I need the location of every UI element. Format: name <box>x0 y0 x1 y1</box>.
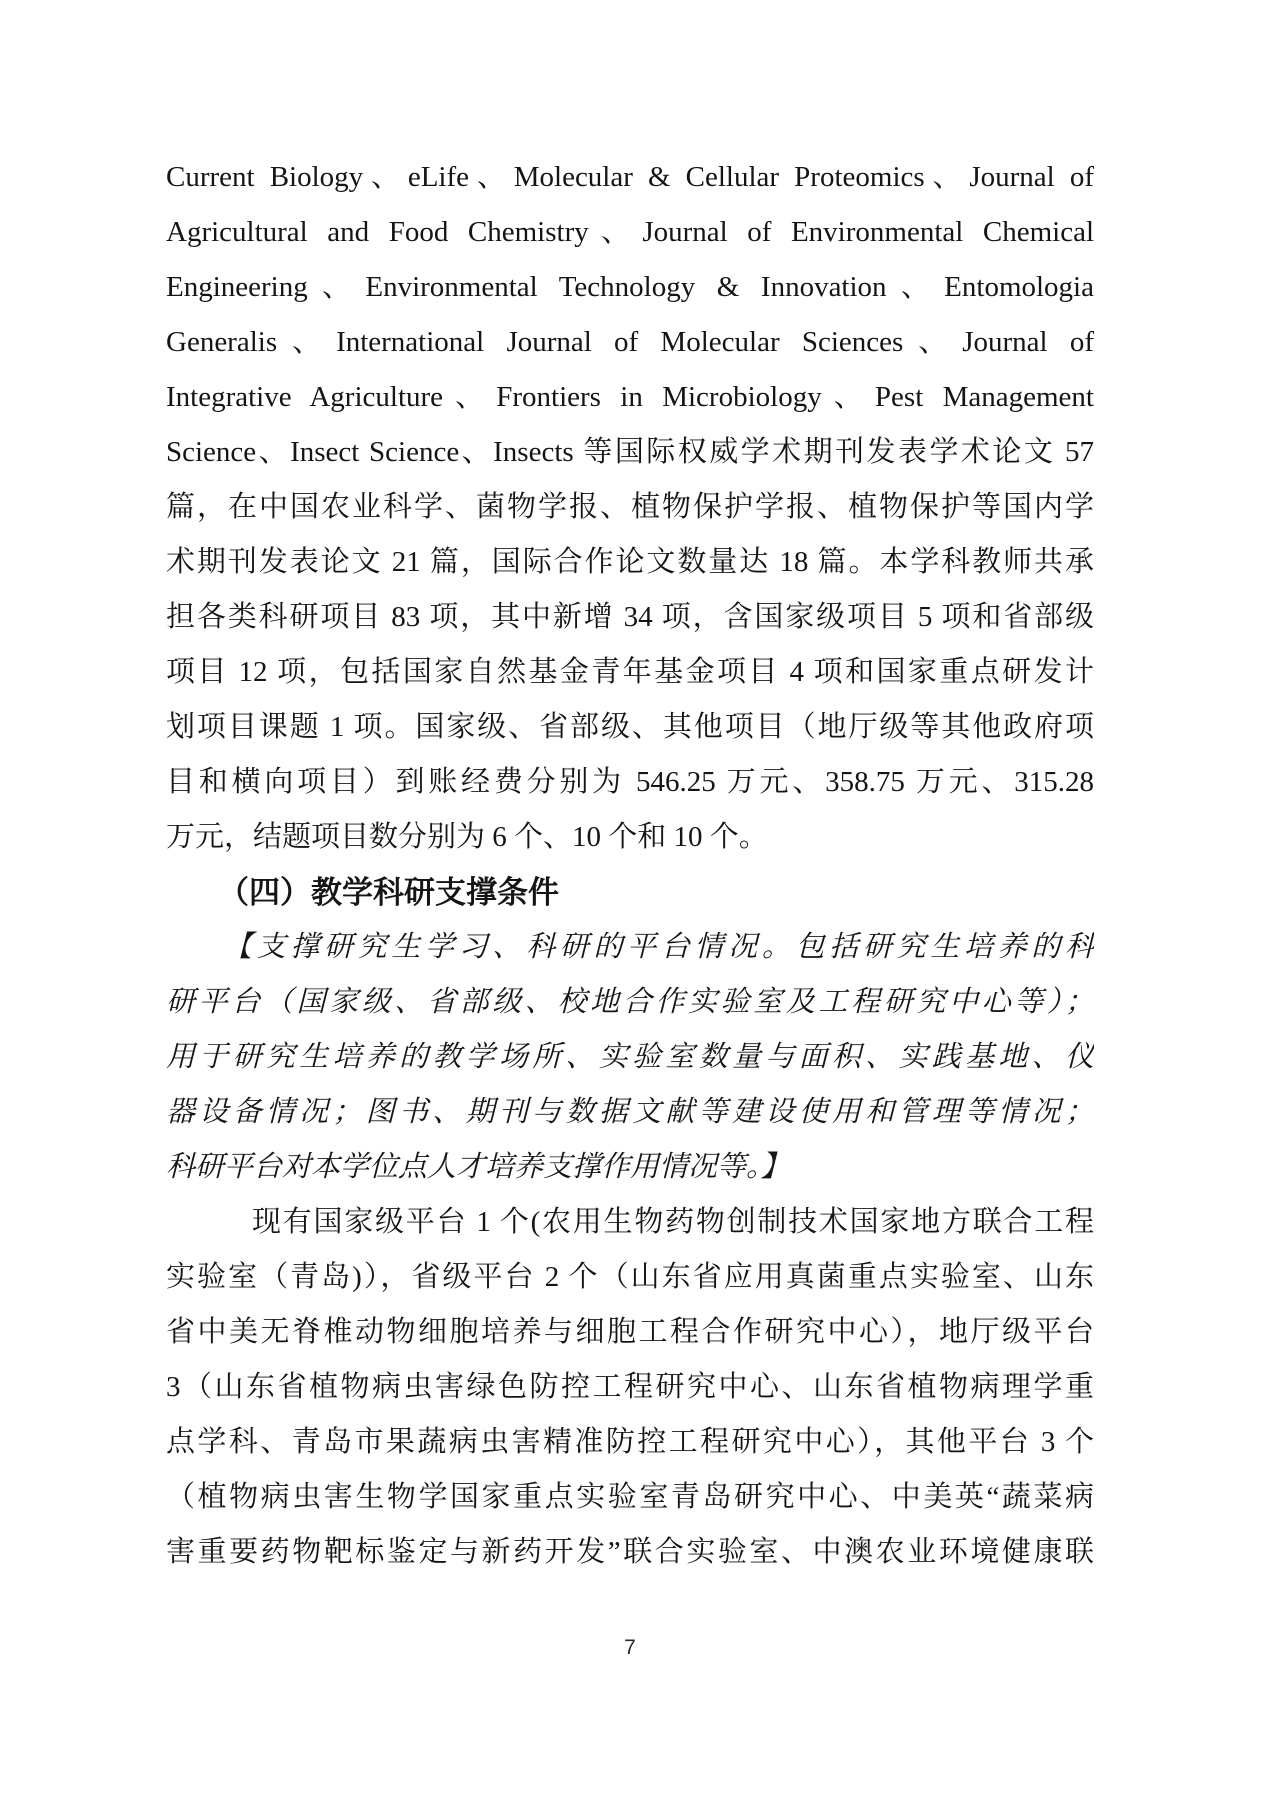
guidance-line: 用于研究生培养的教学场所、实验室数量与面积、实践基地、仪 <box>166 1030 1094 1085</box>
text-line: Engineering、Environmental Technology & I… <box>166 260 1094 315</box>
text-line: 省中美无脊椎动物细胞培养与细胞工程合作研究中心），地厅级平台 <box>166 1305 1094 1360</box>
text-block: Current Biology、eLife、Molecular & Cellul… <box>166 150 1094 1580</box>
guidance-line: 科研平台对本学位点人才培养支撑作用情况等。】 <box>166 1140 1094 1195</box>
section-heading: （四）教学科研支撑条件 <box>166 865 1094 920</box>
text-line: Science、Insect Science、Insects 等国际权威学术期刊… <box>166 425 1094 480</box>
text-line: Current Biology、eLife、Molecular & Cellul… <box>166 150 1094 205</box>
text-line: 万元，结题项目数分别为 6 个、10 个和 10 个。 <box>166 810 1094 865</box>
text-line: 实验室（青岛)），省级平台 2 个（山东省应用真菌重点实验室、山东 <box>166 1250 1094 1305</box>
text-line: 3（山东省植物病虫害绿色防控工程研究中心、山东省植物病理学重 <box>166 1360 1094 1415</box>
text-line: 项目 12 项，包括国家自然基金青年基金项目 4 项和国家重点研发计 <box>166 645 1094 700</box>
guidance-line: 器设备情况；图书、期刊与数据文献等建设使用和管理等情况； <box>166 1085 1094 1140</box>
text-line: 目和横向项目）到账经费分别为 546.25 万元、358.75 万元、315.2… <box>166 755 1094 810</box>
text-line: 篇，在中国农业科学、菌物学报、植物保护学报、植物保护等国内学 <box>166 480 1094 535</box>
page-number: 7 <box>166 1636 1094 1660</box>
text-line: 担各类科研项目 83 项，其中新增 34 项，含国家级项目 5 项和省部级 <box>166 590 1094 645</box>
text-line: 划项目课题 1 项。国家级、省部级、其他项目（地厅级等其他政府项 <box>166 700 1094 755</box>
text-line: （植物病虫害生物学国家重点实验室青岛研究中心、中美英“蔬菜病 <box>166 1470 1094 1525</box>
text-line: Integrative Agriculture、Frontiers in Mic… <box>166 370 1094 425</box>
text-line: 点学科、青岛市果蔬病虫害精准防控工程研究中心），其他平台 3 个 <box>166 1415 1094 1470</box>
guidance-line: 研平台（国家级、省部级、校地合作实验室及工程研究中心等）； <box>166 975 1094 1030</box>
text-line: 害重要药物靶标鉴定与新药开发”联合实验室、中澳农业环境健康联 <box>166 1525 1094 1580</box>
document-page: Current Biology、eLife、Molecular & Cellul… <box>0 0 1280 1811</box>
guidance-line: 【支撑研究生学习、科研的平台情况。包括研究生培养的科 <box>166 920 1094 975</box>
text-line: 术期刊发表论文 21 篇，国际合作论文数量达 18 篇。本学科教师共承 <box>166 535 1094 590</box>
text-line: Generalis、International Journal of Molec… <box>166 315 1094 370</box>
text-line: Agricultural and Food Chemistry、Journal … <box>166 205 1094 260</box>
text-line: 现有国家级平台 1 个(农用生物药物创制技术国家地方联合工程 <box>166 1195 1094 1250</box>
